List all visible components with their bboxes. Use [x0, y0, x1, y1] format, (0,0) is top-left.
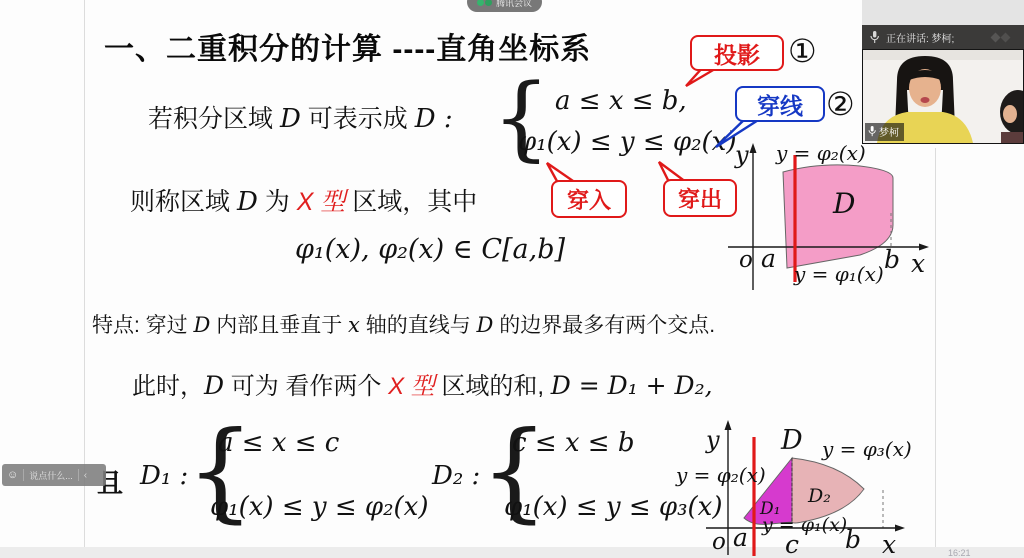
speaker-mouth	[921, 97, 930, 103]
collapse-arrow-icon[interactable]: ‹	[84, 470, 87, 481]
circled-number-1: ①	[788, 32, 817, 70]
threading-callout: 穿线	[735, 86, 825, 122]
second-person-body	[1001, 132, 1023, 143]
meeting-floating-badge[interactable]: 腾讯会议	[467, 0, 542, 12]
chat-placeholder-text[interactable]: 说点什么...	[29, 469, 73, 482]
chat-quick-input[interactable]: ☺ 说点什么... ‹	[2, 464, 106, 486]
second-person-face	[1003, 105, 1017, 123]
speaking-status-bar: 正在讲话: 梦柯;	[862, 25, 1024, 49]
speaking-status-text: 正在讲话: 梦柯;	[886, 30, 954, 45]
meeting-badge-label: 腾讯会议	[496, 0, 532, 9]
meeting-watermark-icon	[990, 30, 1016, 44]
meeting-logo-icon-2	[485, 0, 492, 6]
speaker-name-tag: 梦柯	[865, 123, 904, 141]
circled-number-2: ②	[826, 85, 855, 123]
exit-callout: 穿出	[663, 179, 737, 217]
emoji-icon[interactable]: ☺	[7, 469, 18, 481]
meeting-logo-icon	[477, 0, 484, 6]
enter-callout: 穿入	[551, 180, 627, 218]
mic-icon-small	[868, 126, 876, 137]
webcam-video-feed[interactable]: 梦柯	[862, 49, 1024, 144]
pill-divider	[78, 469, 79, 481]
speaker-name-text: 梦柯	[879, 124, 899, 139]
mic-icon	[870, 31, 879, 44]
pill-divider	[23, 469, 24, 481]
projection-callout: 投影	[690, 35, 784, 71]
meeting-screen-share: 16:21 腾讯会议 一、二重积分的计算 ----直角坐标系 若积分区域 D 可…	[0, 0, 1024, 558]
webcam-panel[interactable]: 正在讲话: 梦柯;	[862, 25, 1024, 146]
